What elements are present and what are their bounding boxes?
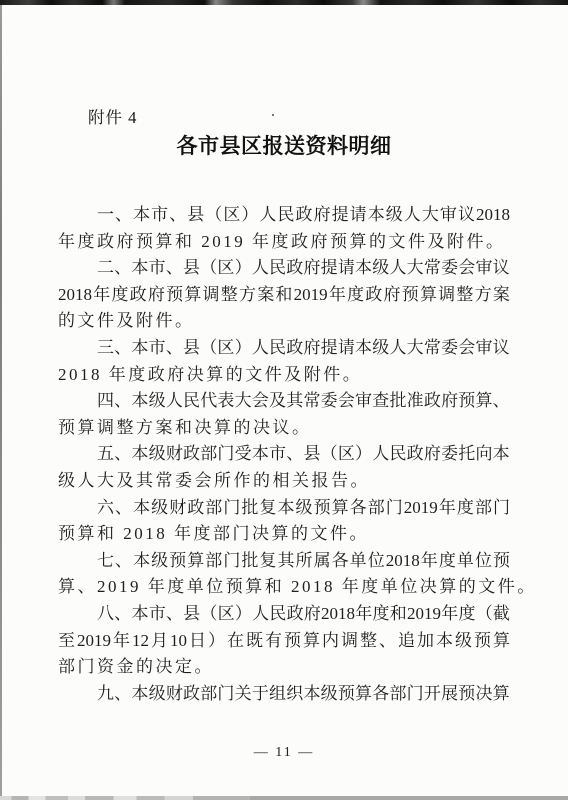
text-glyph: 民 xyxy=(277,202,294,229)
text-glyph: （ xyxy=(200,255,217,282)
text-line: 年度政府预算和 2019 年度政府预算的文件及附件。 xyxy=(58,229,510,256)
text-glyph: 本 xyxy=(131,335,148,362)
text-glyph: 人 xyxy=(166,388,183,415)
text-glyph: 本 xyxy=(131,601,148,628)
text-glyph: 批 xyxy=(241,548,258,575)
text-glyph: 区 xyxy=(217,335,234,362)
text-glyph: 2018 xyxy=(386,548,420,575)
text-glyph: 既 xyxy=(246,628,263,655)
text-glyph: 二 xyxy=(97,255,114,282)
text-glyph: 本 xyxy=(493,441,510,468)
text-glyph: 于 xyxy=(252,681,269,708)
text-glyph: 会 xyxy=(252,388,269,415)
document-page: 附件 4 各市县区报送资料明细 一、本市、县（区）人民政府提请本级人大审议201… xyxy=(0,0,568,800)
text-glyph: 县 xyxy=(187,202,204,229)
text-glyph: 三 xyxy=(97,335,114,362)
text-glyph: 政 xyxy=(286,335,303,362)
text-glyph: 本 xyxy=(131,255,148,282)
text-glyph: 五 xyxy=(97,441,114,468)
text-glyph: 县 xyxy=(183,601,200,628)
text-glyph: 预 xyxy=(314,495,331,522)
text-glyph: 12 xyxy=(132,628,149,655)
text-glyph: 算 xyxy=(493,628,510,655)
text-glyph: 年 xyxy=(355,601,372,628)
scan-artifact-left-edge xyxy=(0,5,2,796)
text-glyph: ） xyxy=(235,335,252,362)
text-glyph: 审 xyxy=(475,255,492,282)
text-glyph: 门 xyxy=(223,548,240,575)
text-glyph: 算 xyxy=(355,681,372,708)
text-glyph: 大 xyxy=(422,202,439,229)
text-glyph: 区 xyxy=(223,202,240,229)
text-glyph: 2018 xyxy=(476,202,510,229)
text-glyph: 议 xyxy=(458,202,475,229)
text-glyph: 、 xyxy=(115,202,132,229)
text-glyph: 府 xyxy=(424,441,441,468)
text-glyph: 市 xyxy=(149,335,166,362)
text-glyph: 政 xyxy=(286,255,303,282)
text-glyph: 度 xyxy=(458,601,475,628)
text-glyph: 区 xyxy=(338,441,355,468)
text-glyph: 政 xyxy=(424,388,441,415)
text-glyph: 请 xyxy=(338,335,355,362)
text-glyph: 门 xyxy=(217,441,234,468)
text-glyph: 审 xyxy=(440,202,457,229)
text-glyph: 本 xyxy=(131,388,148,415)
text-glyph: 2019 xyxy=(77,628,111,655)
text-glyph: 各 xyxy=(332,548,349,575)
text-glyph: 府 xyxy=(384,282,401,309)
text-glyph: 本 xyxy=(303,681,320,708)
text-line: 八、本市、县（区）人民政府2018年度和2019年度（截 xyxy=(58,601,510,628)
text-glyph: 本 xyxy=(355,335,372,362)
text-glyph: 、 xyxy=(114,601,131,628)
text-glyph: 级 xyxy=(149,441,166,468)
text-glyph: 查 xyxy=(372,388,389,415)
text-glyph: 提 xyxy=(332,202,349,229)
text-glyph: 、 xyxy=(286,441,303,468)
text-glyph: 截 xyxy=(493,601,510,628)
text-glyph: 府 xyxy=(148,282,165,309)
text-line: 九、本级财政部门关于组织本级预算各部门开展预决算 xyxy=(58,681,510,708)
text-glyph: 织 xyxy=(286,681,303,708)
text-glyph: 各 xyxy=(350,495,367,522)
text-glyph: 本 xyxy=(133,202,150,229)
text-glyph: 门 xyxy=(386,495,403,522)
text-glyph: 、 xyxy=(166,335,183,362)
text-glyph: 、 xyxy=(114,388,131,415)
text-line: 预算调整方案和决算的决议。 xyxy=(58,415,510,442)
text-glyph: 有 xyxy=(265,628,282,655)
text-glyph: 人 xyxy=(372,441,389,468)
text-glyph: 调 xyxy=(203,282,220,309)
text-glyph: 县 xyxy=(183,335,200,362)
text-glyph: 度 xyxy=(111,282,128,309)
text-glyph: 单 xyxy=(457,548,474,575)
text-glyph: 预 xyxy=(474,628,491,655)
text-glyph: 各 xyxy=(372,681,389,708)
text-glyph: 部 xyxy=(205,548,222,575)
text-glyph: （ xyxy=(321,441,338,468)
text-glyph: 算 xyxy=(184,282,201,309)
text-glyph: 预 xyxy=(402,282,419,309)
page-number: — 11 — xyxy=(0,744,568,762)
text-line: 的文件及附件。 xyxy=(58,308,510,335)
text-glyph: 人 xyxy=(252,255,269,282)
text-glyph: 部 xyxy=(475,495,492,522)
text-glyph: 六 xyxy=(97,495,114,522)
text-glyph: 委 xyxy=(441,441,458,468)
text-glyph: 算 xyxy=(332,495,349,522)
text-glyph: 部 xyxy=(389,681,406,708)
text-glyph: 常 xyxy=(424,335,441,362)
text-line: 部门资金的决定。 xyxy=(58,654,510,681)
text-glyph: 审 xyxy=(475,335,492,362)
text-glyph: 本 xyxy=(131,441,148,468)
text-glyph: 10 xyxy=(170,628,187,655)
text-glyph: 2019 xyxy=(404,495,438,522)
text-glyph: 八 xyxy=(97,601,114,628)
text-glyph: 本 xyxy=(131,681,148,708)
text-glyph: 级 xyxy=(455,628,472,655)
text-glyph: 门 xyxy=(493,495,510,522)
text-line: 2018 年度政府决算的文件及附件。 xyxy=(58,362,510,389)
text-glyph: 议 xyxy=(493,335,510,362)
text-glyph: 年 xyxy=(113,628,130,655)
text-glyph: 区 xyxy=(217,255,234,282)
text-glyph: 政 xyxy=(183,441,200,468)
text-glyph: 财 xyxy=(166,441,183,468)
text-line: 算、2019 年度单位预算和 2018 年度单位决算的文件。 xyxy=(58,574,510,601)
text-glyph: ） xyxy=(241,202,258,229)
text-glyph: 整 xyxy=(456,282,473,309)
text-glyph: 算 xyxy=(493,681,510,708)
text-glyph: 级 xyxy=(372,255,389,282)
text-glyph: 级 xyxy=(149,681,166,708)
text-glyph: ） xyxy=(235,255,252,282)
text-glyph: 批 xyxy=(389,388,406,415)
text-glyph: 级 xyxy=(151,548,168,575)
text-glyph: 年 xyxy=(441,601,458,628)
text-glyph: 案 xyxy=(257,282,274,309)
text-glyph: 、 xyxy=(115,495,132,522)
text-glyph: 预 xyxy=(338,681,355,708)
text-glyph: 开 xyxy=(424,681,441,708)
text-glyph: 、 xyxy=(114,255,131,282)
text-glyph: 、 xyxy=(379,628,396,655)
text-glyph: 准 xyxy=(407,388,424,415)
text-glyph: 政 xyxy=(365,282,382,309)
text-glyph: 位 xyxy=(475,548,492,575)
text-glyph: 部 xyxy=(205,495,222,522)
text-glyph: 一 xyxy=(97,202,114,229)
text-glyph: 2018 xyxy=(58,282,92,309)
text-glyph: 度 xyxy=(373,601,390,628)
text-glyph: 整 xyxy=(221,282,238,309)
text-glyph: 部 xyxy=(368,495,385,522)
scan-artifact-bottom-edge xyxy=(0,796,568,800)
text-glyph: 度 xyxy=(347,282,364,309)
text-glyph: 预 xyxy=(284,628,301,655)
text-glyph: 算 xyxy=(420,282,437,309)
text-glyph: 大 xyxy=(407,255,424,282)
text-glyph: 和 xyxy=(390,601,407,628)
text-glyph: 府 xyxy=(304,601,321,628)
text-glyph: 大 xyxy=(235,388,252,415)
text-glyph: 七 xyxy=(97,548,114,575)
text-glyph: 方 xyxy=(475,282,492,309)
text-glyph: 批 xyxy=(241,495,258,522)
text-glyph: 度 xyxy=(457,495,474,522)
text-glyph: 请 xyxy=(350,202,367,229)
text-glyph: 会 xyxy=(458,335,475,362)
text-glyph: 会 xyxy=(338,388,355,415)
text-glyph: 常 xyxy=(303,388,320,415)
text-glyph: ） xyxy=(208,628,225,655)
text-glyph: 在 xyxy=(227,628,244,655)
text-glyph: 提 xyxy=(321,335,338,362)
text-glyph: 政 xyxy=(183,681,200,708)
text-glyph: 属 xyxy=(314,548,331,575)
text-glyph: 决 xyxy=(475,681,492,708)
text-glyph: 调 xyxy=(438,282,455,309)
text-glyph: 财 xyxy=(166,681,183,708)
text-glyph: 内 xyxy=(322,628,339,655)
text-glyph: 市 xyxy=(151,202,168,229)
text-glyph: 人 xyxy=(389,255,406,282)
text-glyph: 其 xyxy=(286,388,303,415)
text-line: 三、本市、县（区）人民政府提请本级人大常委会审议 xyxy=(58,335,510,362)
text-glyph: 案 xyxy=(493,282,510,309)
text-glyph: 、 xyxy=(114,681,131,708)
text-glyph: 年 xyxy=(329,282,346,309)
text-glyph: 委 xyxy=(441,335,458,362)
text-glyph: 本 xyxy=(133,548,150,575)
text-glyph: 市 xyxy=(149,255,166,282)
text-glyph: 年 xyxy=(421,548,438,575)
text-glyph: 政 xyxy=(287,601,304,628)
text-line: 级人大及其常委会所作的相关报告。 xyxy=(58,468,510,495)
text-glyph: 级 xyxy=(386,202,403,229)
text-glyph: 四 xyxy=(97,388,114,415)
text-glyph: 、 xyxy=(493,388,510,415)
text-glyph: 财 xyxy=(169,495,186,522)
text-glyph: 加 xyxy=(417,628,434,655)
text-glyph: 、 xyxy=(166,255,183,282)
text-glyph: 年 xyxy=(439,495,456,522)
text-glyph: 县 xyxy=(183,255,200,282)
text-glyph: 2019 xyxy=(294,282,328,309)
text-glyph: 部 xyxy=(200,441,217,468)
text-glyph: 大 xyxy=(407,335,424,362)
text-glyph: 本 xyxy=(355,255,372,282)
text-glyph: 府 xyxy=(303,255,320,282)
text-glyph: 组 xyxy=(269,681,286,708)
document-title: 各市县区报送资料明细 xyxy=(0,133,568,161)
text-glyph: 府 xyxy=(303,335,320,362)
text-glyph: 门 xyxy=(407,681,424,708)
text-glyph: 2018 xyxy=(321,601,355,628)
text-glyph: 本 xyxy=(252,441,269,468)
text-line: 二、本市、县（区）人民政府提请本级人大常委会审议 xyxy=(58,255,510,282)
text-glyph: 级 xyxy=(151,495,168,522)
text-line: 预算和 2018 年度部门决算的文件。 xyxy=(58,521,510,548)
text-glyph: 市 xyxy=(269,441,286,468)
text-glyph: 方 xyxy=(239,282,256,309)
text-glyph: 预 xyxy=(458,388,475,415)
text-glyph: 请 xyxy=(338,255,355,282)
text-glyph: 府 xyxy=(314,202,331,229)
text-glyph: 、 xyxy=(114,441,131,468)
attachment-label: 附件 4 xyxy=(88,108,137,128)
text-glyph: 和 xyxy=(275,282,292,309)
text-line: 七、本级预算部门批复其所属各单位2018年度单位预 xyxy=(58,548,510,575)
text-glyph: 部 xyxy=(200,681,217,708)
text-line: 2018年度政府预算调整方案和2019年度政府预算调整方案 xyxy=(58,282,510,309)
text-glyph: 至 xyxy=(58,628,75,655)
text-glyph: （ xyxy=(200,335,217,362)
text-line: 一、本市、县（区）人民政府提请本级人大审议2018 xyxy=(58,202,510,229)
text-glyph: 其 xyxy=(277,548,294,575)
text-glyph: 人 xyxy=(389,335,406,362)
text-glyph: 算 xyxy=(475,388,492,415)
text-glyph: 算 xyxy=(303,628,320,655)
text-glyph: 门 xyxy=(217,681,234,708)
text-glyph: 调 xyxy=(341,628,358,655)
text-glyph: 本 xyxy=(277,495,294,522)
text-glyph: 本 xyxy=(436,628,453,655)
text-glyph: 算 xyxy=(187,548,204,575)
text-glyph: 表 xyxy=(217,388,234,415)
text-glyph: 、 xyxy=(115,548,132,575)
text-glyph: 代 xyxy=(200,388,217,415)
text-glyph: 政 xyxy=(407,441,424,468)
text-glyph: 会 xyxy=(458,255,475,282)
text-line: 四、本级人民代表大会及其常委会审查批准政府预算、 xyxy=(58,388,510,415)
text-glyph: 门 xyxy=(223,495,240,522)
text-line: 至2019年12月10日）在既有预算内调整、追加本级预算 xyxy=(58,628,510,655)
text-glyph: 日 xyxy=(189,628,206,655)
text-glyph: 受 xyxy=(235,441,252,468)
text-glyph: 预 xyxy=(166,282,183,309)
text-glyph: ） xyxy=(355,441,372,468)
text-glyph: 预 xyxy=(458,681,475,708)
text-glyph: 及 xyxy=(269,388,286,415)
text-glyph: 预 xyxy=(493,548,510,575)
text-glyph: 委 xyxy=(441,255,458,282)
text-glyph: 关 xyxy=(235,681,252,708)
text-line: 六、本级财政部门批复本级预算各部门2019年度部门 xyxy=(58,495,510,522)
text-glyph: 托 xyxy=(458,441,475,468)
text-glyph: 、 xyxy=(114,335,131,362)
text-glyph: 级 xyxy=(372,335,389,362)
text-glyph: 展 xyxy=(441,681,458,708)
text-glyph: 委 xyxy=(321,388,338,415)
text-glyph: 人 xyxy=(252,601,269,628)
text-line: 五、本级财政部门受本市、县（区）人民政府委托向本 xyxy=(58,441,510,468)
text-glyph: 县 xyxy=(303,441,320,468)
text-glyph: 2019 xyxy=(407,601,441,628)
text-glyph: 预 xyxy=(169,548,186,575)
text-glyph: 政 xyxy=(130,282,147,309)
text-glyph: 所 xyxy=(296,548,313,575)
text-glyph: （ xyxy=(205,202,222,229)
text-glyph: 人 xyxy=(404,202,421,229)
text-glyph: 级 xyxy=(321,681,338,708)
text-glyph: 市 xyxy=(149,601,166,628)
text-glyph: 民 xyxy=(269,335,286,362)
text-glyph: 民 xyxy=(269,255,286,282)
text-glyph: 政 xyxy=(187,495,204,522)
text-glyph: 人 xyxy=(252,335,269,362)
text-glyph: 单 xyxy=(350,548,367,575)
text-glyph: 月 xyxy=(151,628,168,655)
text-glyph: 政 xyxy=(296,202,313,229)
text-glyph: 提 xyxy=(321,255,338,282)
text-glyph: 议 xyxy=(493,255,510,282)
text-glyph: 审 xyxy=(355,388,372,415)
text-glyph: 区 xyxy=(218,601,235,628)
text-glyph: 年 xyxy=(93,282,110,309)
text-glyph: 本 xyxy=(368,202,385,229)
text-glyph: 、 xyxy=(169,202,186,229)
text-glyph: 民 xyxy=(269,601,286,628)
text-glyph: ） xyxy=(235,601,252,628)
text-glyph: 复 xyxy=(259,495,276,522)
text-glyph: 府 xyxy=(441,388,458,415)
text-glyph: 级 xyxy=(296,495,313,522)
text-glyph: 位 xyxy=(368,548,385,575)
text-glyph: 追 xyxy=(398,628,415,655)
text-glyph: 人 xyxy=(259,202,276,229)
text-glyph: 民 xyxy=(389,441,406,468)
body-text: 一、本市、县（区）人民政府提请本级人大审议2018年度政府预算和 2019 年度… xyxy=(58,202,510,707)
text-glyph: 本 xyxy=(133,495,150,522)
text-glyph: 向 xyxy=(475,441,492,468)
text-glyph: 度 xyxy=(439,548,456,575)
text-glyph: （ xyxy=(476,601,493,628)
text-glyph: 民 xyxy=(183,388,200,415)
text-glyph: 常 xyxy=(424,255,441,282)
scan-artifact-speck xyxy=(272,114,274,116)
scan-artifact-top-edge xyxy=(0,0,568,5)
text-glyph: 级 xyxy=(149,388,166,415)
text-glyph: 九 xyxy=(97,681,114,708)
text-glyph: 、 xyxy=(166,601,183,628)
text-glyph: 复 xyxy=(259,548,276,575)
text-glyph: 整 xyxy=(360,628,377,655)
text-glyph: （ xyxy=(200,601,217,628)
